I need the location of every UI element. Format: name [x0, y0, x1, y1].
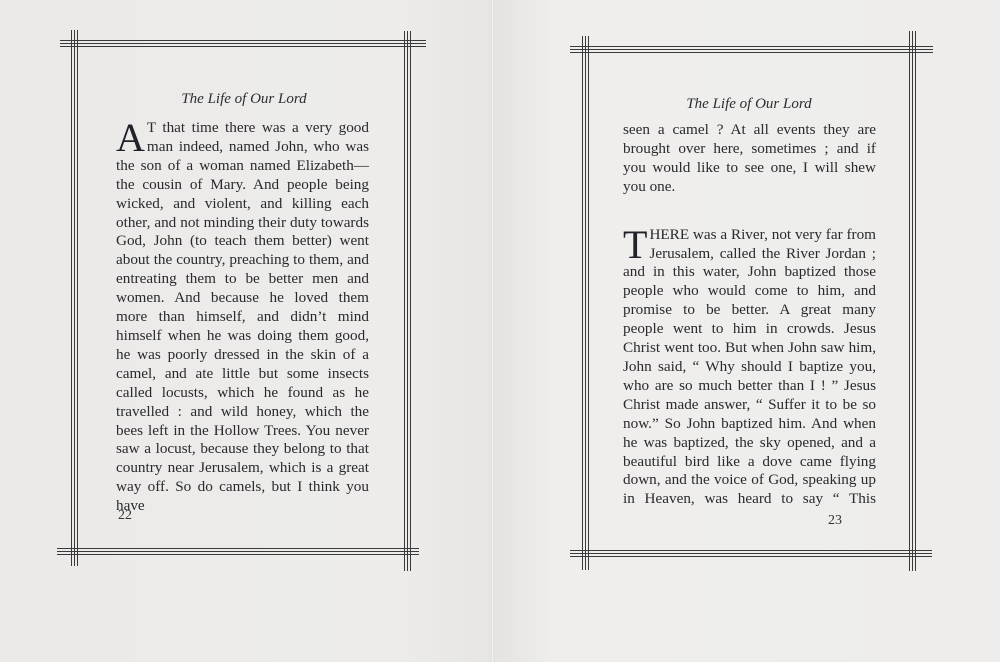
left-page-left-rule [71, 30, 78, 566]
right-page: The Life of Our Lord seen a camel ? At a… [493, 0, 1000, 662]
paragraph: THERE was a River, not very far from Jer… [623, 226, 876, 510]
paragraph-text: T that time there was a very good man in… [116, 119, 369, 514]
paragraph-text: HERE was a River, not very far from Jeru… [623, 226, 876, 508]
paragraph: AT that time there was a very good man i… [116, 119, 369, 516]
continuation-paragraph: seen a camel ? At all events they are br… [623, 121, 876, 197]
running-head: The Life of Our Lord [620, 96, 878, 113]
page-number: 23 [828, 513, 842, 529]
drop-cap: A [116, 122, 145, 154]
left-page-right-rule [404, 31, 411, 571]
left-page-bottom-rule [57, 548, 419, 555]
right-page-right-rule [909, 31, 916, 571]
book-spread: The Life of Our Lord AT that time there … [0, 0, 1000, 662]
running-head: The Life of Our Lord [115, 91, 373, 108]
right-page-top-rule [570, 46, 933, 53]
drop-cap: T [623, 229, 647, 261]
right-page-body: seen a camel ? At all events they are br… [623, 121, 876, 509]
right-page-left-rule [582, 36, 589, 570]
page-number: 22 [118, 508, 132, 524]
right-page-bottom-rule [570, 550, 932, 557]
left-page: The Life of Our Lord AT that time there … [0, 0, 493, 662]
left-page-top-rule [60, 40, 426, 47]
left-page-body: AT that time there was a very good man i… [116, 119, 369, 516]
